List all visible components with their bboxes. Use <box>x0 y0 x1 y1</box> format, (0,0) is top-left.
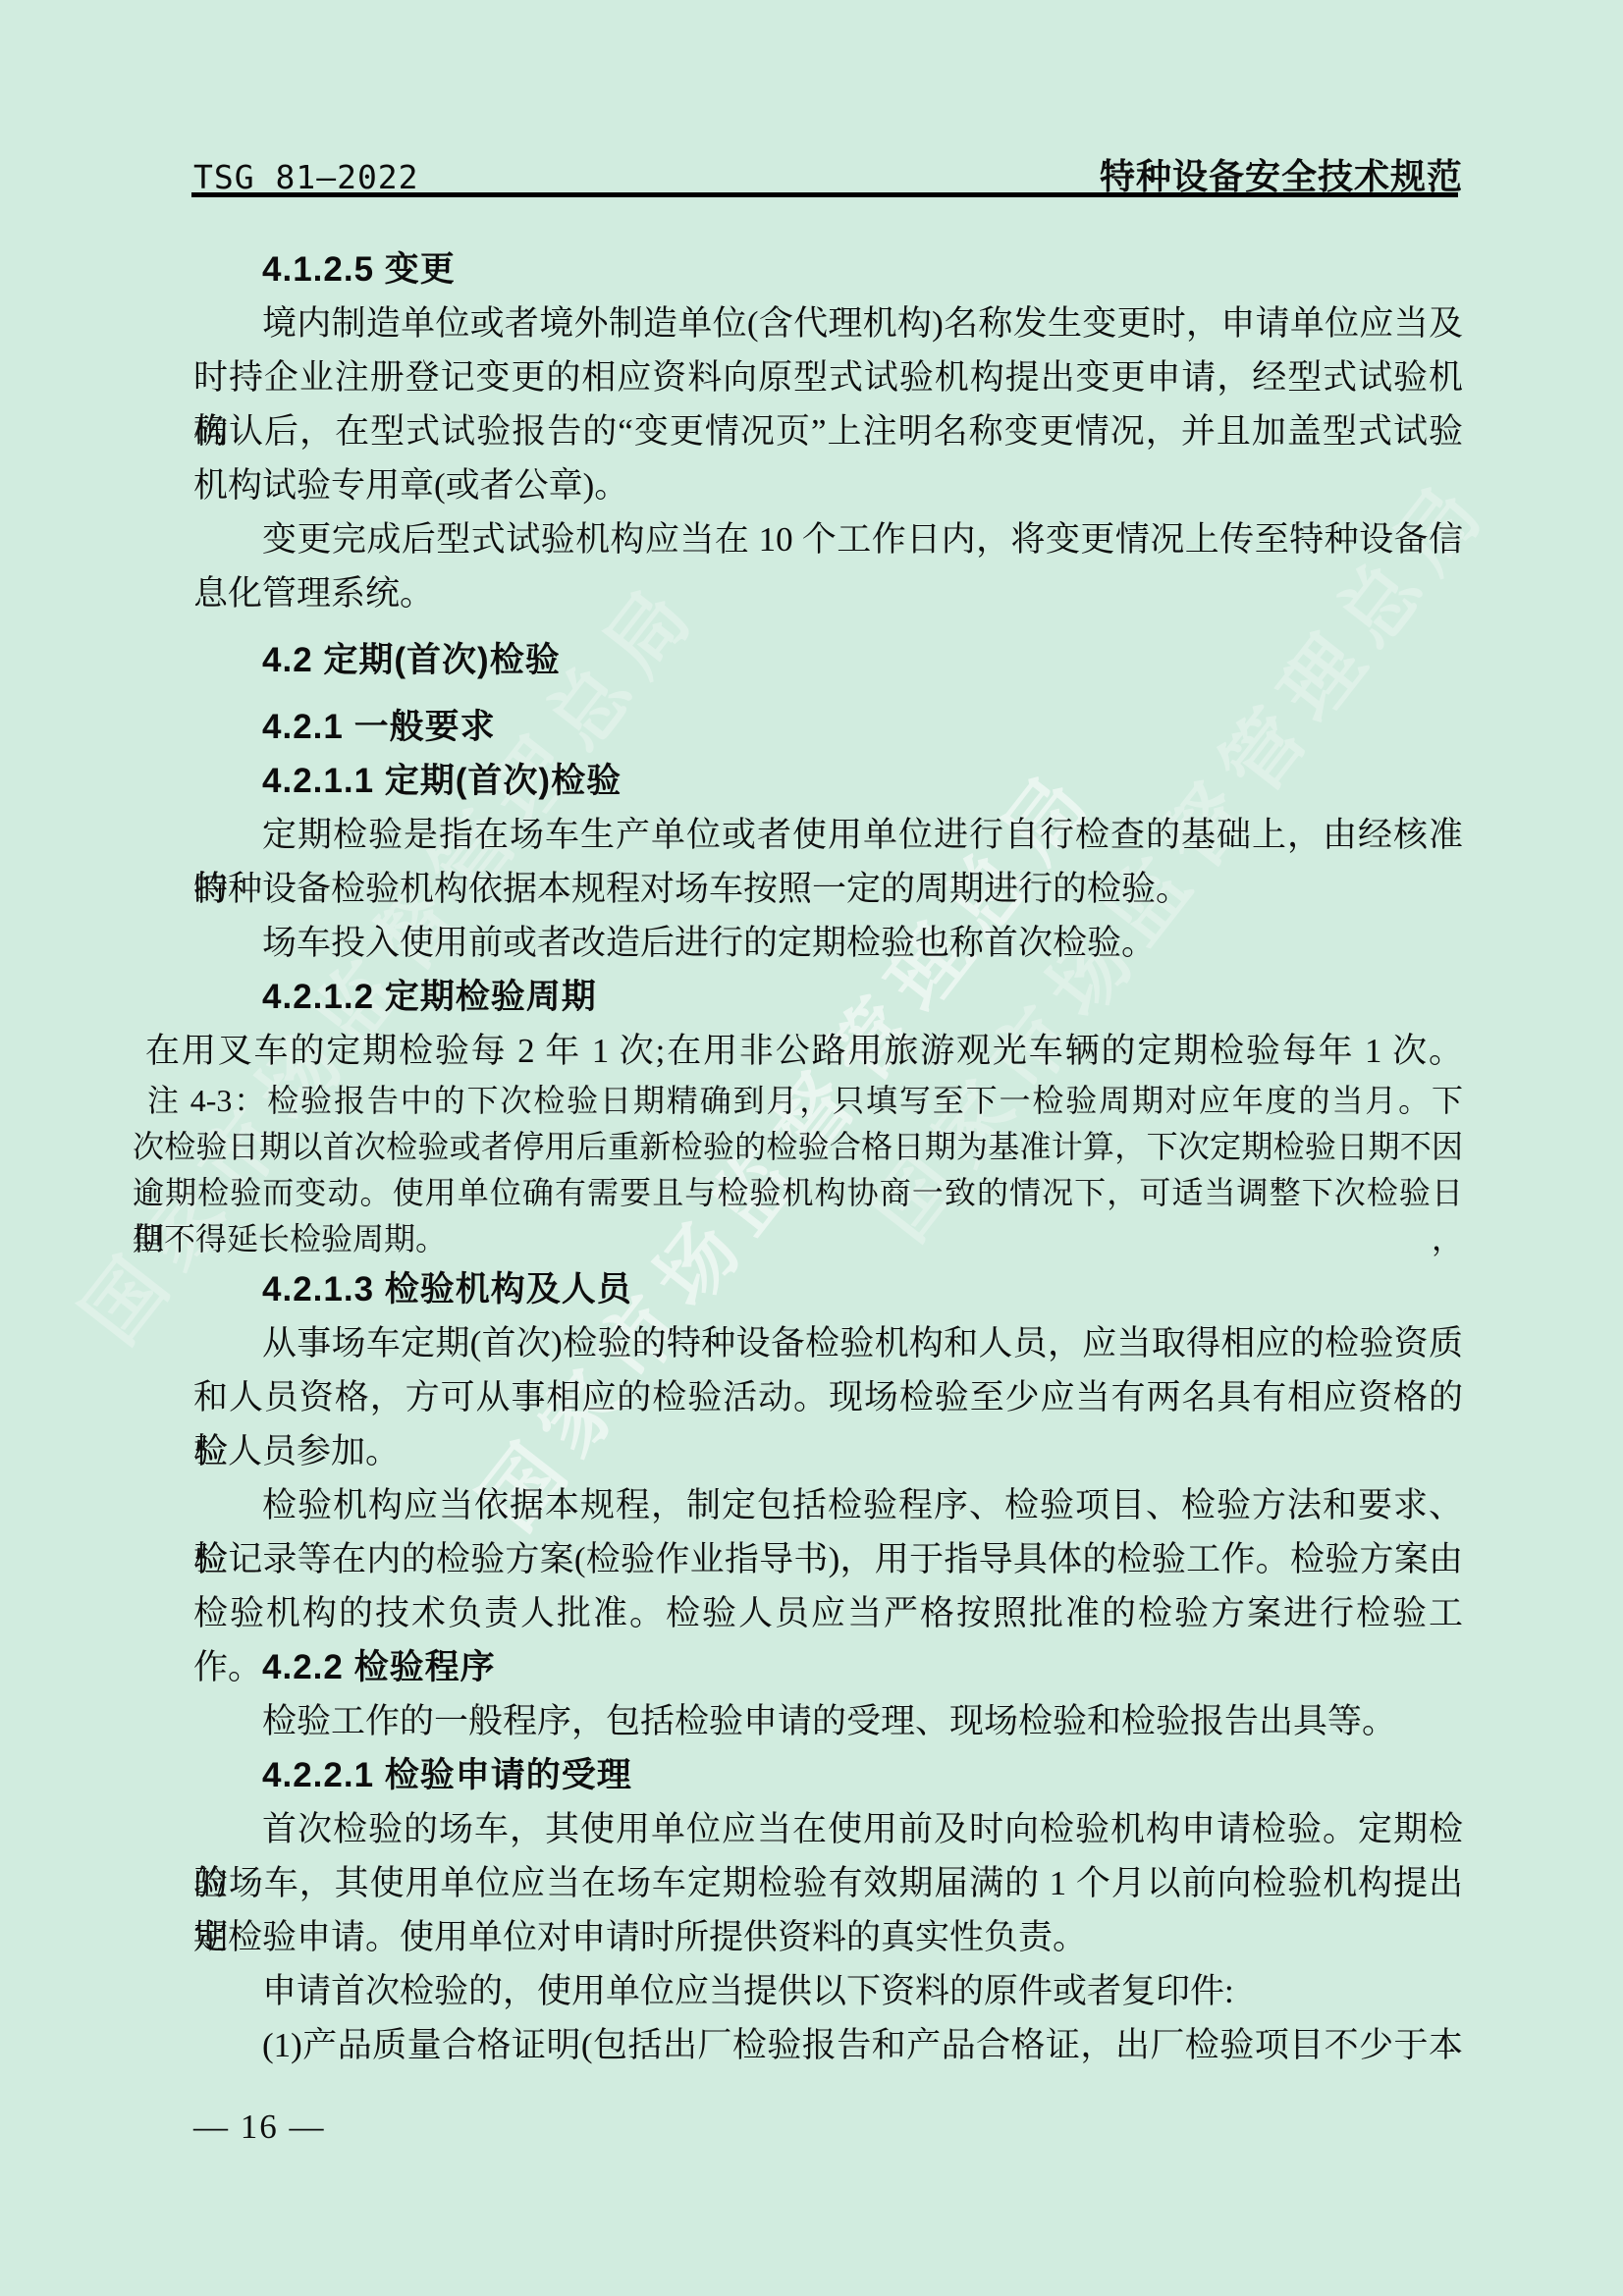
page-header: TSG 81—2022 特种设备安全技术规范 <box>193 149 1463 190</box>
text-line: 首次检验的场车，其使用单位应当在使用前及时向检验机构申请检验。定期检验 <box>193 1802 1463 1856</box>
text-line: 检验工作的一般程序，包括检验申请的受理、现场检验和检验报告出具等。 <box>193 1694 1463 1748</box>
text-line: 在用叉车的定期检验每 2 年 1 次;在用非公路用旅游观光车辆的定期检验每年 1… <box>145 1024 1463 1078</box>
section-heading: 4.2.1.3 检验机构及人员 <box>193 1262 1463 1316</box>
section-heading: 4.2.1.2 定期检验周期 <box>193 970 1463 1024</box>
text-line: (1)产品质量合格证明(包括出厂检验报告和产品合格证，出厂检验项目不少于本 <box>193 2018 1463 2072</box>
section-heading: 4.2.2 检验程序 <box>193 1640 1463 1694</box>
document-page: 国家市场监督管理总局 国家市场监督管理总局 国家市场监督管理总局 TSG 81—… <box>0 0 1623 2296</box>
text-line: 变更完成后型式试验机构应当在 10 个工作日内，将变更情况上传至特种设备信 <box>193 512 1463 566</box>
document-code: TSG 81—2022 <box>193 158 419 196</box>
text-line: 确认后，在型式试验报告的“变更情况页”上注明名称变更情况，并且加盖型式试验 <box>193 404 1463 458</box>
note-line: 次检验日期以首次检验或者停用后重新检验的检验合格日期为基准计算，下次定期检验日期… <box>133 1124 1463 1170</box>
text-line: 和人员资格，方可从事相应的检验活动。现场检验至少应当有两名具有相应资格的检 <box>193 1370 1463 1424</box>
section-heading: 4.2.1 一般要求 <box>193 700 1463 754</box>
section-heading: 4.2.1.1 定期(首次)检验 <box>193 754 1463 808</box>
text-line: 时持企业注册登记变更的相应资料向原型式试验机构提出变更申请，经型式试验机构 <box>193 350 1463 404</box>
note-line: 逾期检验而变动。使用单位确有需要且与检验机构协商一致的情况下，可适当调整下次检验… <box>133 1170 1463 1216</box>
page-number: — 16 — <box>193 2105 326 2150</box>
text-line: 验记录等在内的检验方案(检验作业指导书)，用于指导具体的检验工作。检验方案由 <box>193 1532 1463 1586</box>
section-heading: 4.1.2.5 变更 <box>193 242 1463 296</box>
text-line: 检验机构应当依据本规程，制定包括检验程序、检验项目、检验方法和要求、检 <box>193 1478 1463 1532</box>
text-line: 息化管理系统。 <box>193 566 1463 620</box>
text-line: 的场车，其使用单位应当在场车定期检验有效期届满的 1 个月以前向检验机构提出定 <box>193 1856 1463 1910</box>
text-line: 定期检验是指在场车生产单位或者使用单位进行自行检查的基础上，由经核准的 <box>193 808 1463 862</box>
body-text: 4.1.2.5 变更境内制造单位或者境外制造单位(含代理机构)名称发生变更时，申… <box>193 242 1463 2072</box>
text-line: 申请首次检验的，使用单位应当提供以下资料的原件或者复印件: <box>193 1964 1463 2018</box>
header-rule <box>191 192 1458 197</box>
text-line: 验人员参加。 <box>193 1424 1463 1478</box>
text-line: 特种设备检验机构依据本规程对场车按照一定的周期进行的检验。 <box>193 862 1463 916</box>
section-heading: 4.2 定期(首次)检验 <box>193 633 1463 687</box>
text-line: 检验机构的技术负责人批准。检验人员应当严格按照批准的检验方案进行检验工作。 <box>193 1586 1463 1640</box>
text-line: 期检验申请。使用单位对申请时所提供资料的真实性负责。 <box>193 1910 1463 1964</box>
text-line: 从事场车定期(首次)检验的特种设备检验机构和人员，应当取得相应的检验资质 <box>193 1316 1463 1370</box>
text-line: 境内制造单位或者境外制造单位(含代理机构)名称发生变更时，申请单位应当及 <box>193 296 1463 350</box>
section-heading: 4.2.2.1 检验申请的受理 <box>193 1748 1463 1802</box>
text-line: 机构试验专用章(或者公章)。 <box>193 458 1463 512</box>
note-line: 注 4-3：检验报告中的下次检验日期精确到月，只填写至下一检验周期对应年度的当月… <box>133 1078 1463 1124</box>
text-line: 场车投入使用前或者改造后进行的定期检验也称首次检验。 <box>193 916 1463 970</box>
